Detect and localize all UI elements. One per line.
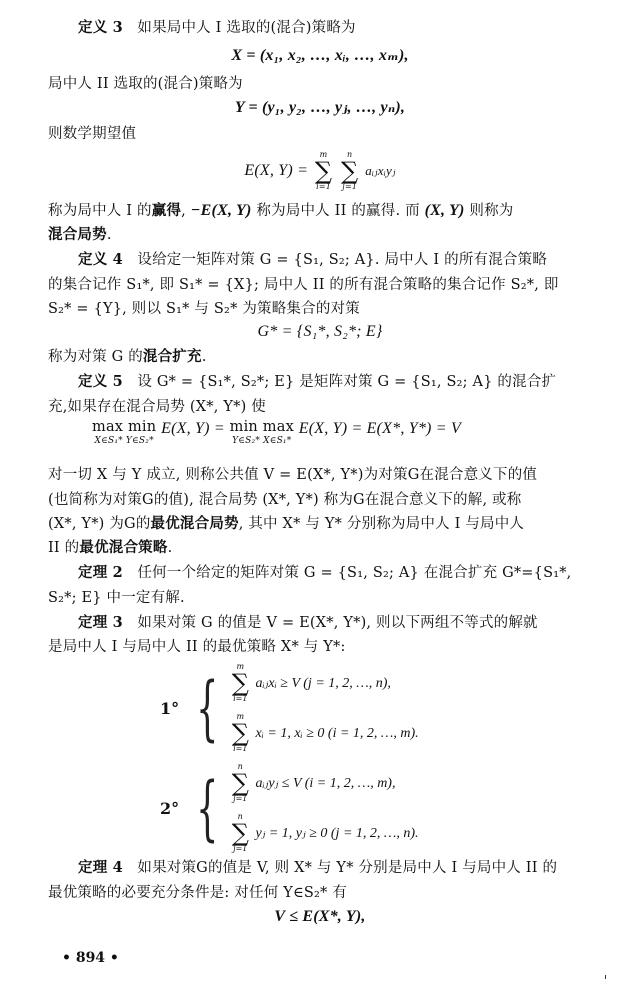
equation-g-star: G* = {S₁*, S₂*; E} — [0, 322, 640, 342]
definition-5-line: 定义 5 设 G* = {S₁*, S₂*; E} 是矩阵对策 G = {S₁,… — [78, 372, 556, 392]
system-row: m ∑ i=1 aᵢⱼxᵢ ≥ V (j = 1, 2, …, n), — [230, 662, 419, 704]
text: , — [181, 203, 191, 219]
text: II 的 — [48, 540, 79, 556]
operator-subscript: X∈S₁* Y∈S₂* — [92, 434, 156, 448]
summation-j: n ∑ j=1 — [341, 150, 358, 192]
system-row: n ∑ j=1 yⱼ = 1, yⱼ ≥ 0 (j = 1, 2, …, n). — [230, 812, 419, 854]
sum-lower-limit: i=1 — [232, 744, 249, 754]
text: . — [107, 227, 112, 243]
formula-lhs: E(X, Y) = — [244, 162, 308, 179]
sigma-icon: ∑ — [232, 722, 249, 744]
summation: n ∑ j=1 — [232, 812, 249, 854]
book-page: 定义 3 如果局中人 I 选取的(混合)策略为 X = (x₁, x₂, …, … — [0, 0, 640, 988]
text: 则称为 — [465, 203, 514, 219]
theorem-3-line: 定理 3 如果对策 G 的值是 V = E(X*, Y*), 则以下两组不等式的… — [78, 613, 538, 633]
formula-term: aᵢⱼxᵢyⱼ — [365, 163, 395, 178]
paragraph-text: 的集合记作 S₁*, 即 S₁* = {X}; 局中人 II 的所有混合策略的集… — [48, 277, 559, 293]
sum-lower-limit: j=1 — [341, 182, 358, 192]
definition-label: 定义 3 — [78, 19, 123, 36]
paragraph-line: 局中人 II 选取的(混合)策略为 — [48, 74, 243, 94]
text: (X*, Y*) 为G的 — [48, 516, 151, 532]
text: . — [168, 540, 173, 556]
summation-i: m ∑ i=1 — [315, 150, 332, 192]
definition-label: 定义 5 — [78, 373, 123, 390]
paragraph-text: (也简称为对策G的值), 混合局势 (X*, Y*) 称为G在混合意义下的解, … — [48, 492, 521, 508]
operator-text: max min — [92, 419, 156, 435]
paragraph-line: 的集合记作 S₁*, 即 S₁* = {X}; 局中人 II 的所有混合策略的集… — [48, 275, 559, 295]
paragraph-text: 最优策略的必要充分条件是: 对任何 Y∈S₂* 有 — [48, 885, 347, 901]
inequality-system-1: 1° { m ∑ i=1 aᵢⱼxᵢ ≥ V (j = 1, 2, …, n),… — [160, 662, 419, 754]
definition-4-line: 定义 4 设给定一矩阵对策 G = {S₁, S₂; A}. 局中人 I 的所有… — [78, 250, 547, 270]
sigma-icon: ∑ — [341, 160, 358, 182]
formula: −E(X, Y) — [191, 202, 252, 219]
term-bold: 赢得 — [152, 202, 181, 219]
theorem-label: 定理 3 — [78, 614, 123, 631]
sigma-icon: ∑ — [232, 822, 249, 844]
paragraph-line: 充,如果存在混合局势 (X*, Y*) 使 — [48, 397, 266, 417]
paragraph-line: II 的最优混合策略. — [48, 538, 172, 558]
paragraph-text: 设给定一矩阵对策 G = {S₁, S₂; A}. 局中人 I 的所有混合策略 — [137, 252, 547, 268]
paragraph-line: 称为局中人 I 的赢得, −E(X, Y) 称为局中人 II 的赢得. 而 (X… — [48, 201, 514, 221]
summation: m ∑ i=1 — [232, 712, 249, 754]
paragraph-line: 对一切 X 与 Y 成立, 则称公共值 V = E(X*, Y*)为对策G在混合… — [48, 465, 537, 485]
text: 称为局中人 II 的赢得. 而 — [252, 203, 425, 219]
term-bold: 最优混合策略 — [79, 539, 167, 556]
definition-label: 定义 4 — [78, 251, 123, 268]
summation: n ∑ j=1 — [232, 762, 249, 804]
term-bold: 混合局势 — [48, 226, 107, 243]
equation-expectation: E(X, Y) = m ∑ i=1 n ∑ j=1 aᵢⱼxᵢyⱼ — [0, 150, 640, 192]
paragraph-text: 任何一个给定的矩阵对策 G = {S₁, S₂; A} 在混合扩充 G*={S₁… — [137, 565, 571, 581]
formula: aᵢⱼyⱼ ≤ V (i = 1, 2, …, m), — [255, 776, 395, 791]
paragraph-line: 混合局势. — [48, 225, 112, 245]
sum-lower-limit: j=1 — [232, 794, 249, 804]
system-label: 2° — [160, 799, 179, 818]
paragraph-line: S₂*; E} 中一定有解. — [48, 588, 185, 608]
formula: E(X, Y) = — [161, 420, 225, 437]
summation: m ∑ i=1 — [232, 662, 249, 704]
sigma-icon: ∑ — [315, 160, 332, 182]
paragraph-text: 如果对策G的值是 V, 则 X* 与 Y* 分别是局中人 I 与局中人 II 的 — [137, 860, 557, 876]
paragraph-text: 如果局中人 I 选取的(混合)策略为 — [137, 20, 355, 36]
equation-minmax: max min X∈S₁* Y∈S₂* E(X, Y) = min max Y∈… — [92, 420, 461, 448]
paragraph-text: 是局中人 I 与局中人 II 的最优策略 X* 与 Y*: — [48, 639, 346, 655]
sum-lower-limit: i=1 — [232, 694, 249, 704]
theorem-2-line: 定理 2 任何一个给定的矩阵对策 G = {S₁, S₂; A} 在混合扩充 G… — [78, 563, 572, 583]
left-brace-icon: { — [196, 673, 218, 743]
text: 称为对策 G 的 — [48, 349, 143, 365]
inequality-system-2: 2° { n ∑ j=1 aᵢⱼyⱼ ≤ V (i = 1, 2, …, m),… — [160, 762, 419, 854]
operator-text: min max — [230, 419, 294, 435]
paragraph-text: 设 G* = {S₁*, S₂*; E} 是矩阵对策 G = {S₁, S₂; … — [137, 374, 556, 390]
formula: (X, Y) — [425, 202, 465, 219]
min-max-operator: min max Y∈S₂* X∈S₁* — [230, 420, 294, 448]
system-label: 1° — [160, 699, 179, 718]
term-bold: 混合扩充 — [143, 348, 202, 365]
sigma-icon: ∑ — [232, 672, 249, 694]
sum-lower-limit: j=1 — [232, 844, 249, 854]
paragraph-text: S₂* = {Y}, 则以 S₁* 与 S₂* 为策略集合的对策 — [48, 301, 360, 317]
formula: V ≤ E(X*, Y), — [274, 908, 365, 925]
text: 称为局中人 I 的 — [48, 203, 152, 219]
paragraph-text: 则数学期望值 — [48, 126, 136, 142]
paragraph-line: 则数学期望值 — [48, 124, 136, 144]
system-row: m ∑ i=1 xᵢ = 1, xᵢ ≥ 0 (i = 1, 2, …, m). — [230, 712, 419, 754]
paragraph-text: 局中人 II 选取的(混合)策略为 — [48, 76, 243, 92]
formula: G* = {S₁*, S₂*; E} — [258, 323, 383, 340]
equation-y: Y = (y₁, y₂, …, yⱼ, …, yₙ), — [0, 98, 640, 118]
text: , 其中 X* 与 Y* 分别称为局中人 I 与局中人 — [239, 516, 524, 532]
definition-3-line: 定义 3 如果局中人 I 选取的(混合)策略为 — [78, 18, 356, 38]
formula: xᵢ = 1, xᵢ ≥ 0 (i = 1, 2, …, m). — [255, 726, 418, 741]
paragraph-text: 充,如果存在混合局势 (X*, Y*) 使 — [48, 399, 266, 415]
sum-lower-limit: i=1 — [315, 182, 332, 192]
theorem-label: 定理 4 — [78, 859, 123, 876]
paragraph-line: (X*, Y*) 为G的最优混合局势, 其中 X* 与 Y* 分别称为局中人 I… — [48, 514, 524, 534]
equation-x: X = (x₁, x₂, …, xᵢ, …, xₘ), — [0, 46, 640, 66]
sigma-icon: ∑ — [232, 772, 249, 794]
paragraph-line: 是局中人 I 与局中人 II 的最优策略 X* 与 Y*: — [48, 637, 346, 657]
operator-subscript: Y∈S₂* X∈S₁* — [230, 434, 294, 448]
equation-final: V ≤ E(X*, Y), — [0, 907, 640, 927]
page-number: • 894 • — [62, 950, 119, 966]
formula: yⱼ = 1, yⱼ ≥ 0 (j = 1, 2, …, n). — [255, 826, 418, 841]
paragraph-text: 如果对策 G 的值是 V = E(X*, Y*), 则以下两组不等式的解就 — [137, 615, 537, 631]
paragraph-text: S₂*; E} 中一定有解. — [48, 590, 185, 606]
theorem-label: 定理 2 — [78, 564, 123, 581]
formula: aᵢⱼxᵢ ≥ V (j = 1, 2, …, n), — [255, 676, 390, 691]
theorem-4-line: 定理 4 如果对策G的值是 V, 则 X* 与 Y* 分别是局中人 I 与局中人… — [78, 858, 557, 878]
max-min-operator: max min X∈S₁* Y∈S₂* — [92, 420, 156, 448]
paragraph-line: 称为对策 G 的混合扩充. — [48, 347, 207, 367]
paragraph-line: (也简称为对策G的值), 混合局势 (X*, Y*) 称为G在混合意义下的解, … — [48, 490, 521, 510]
formula: Y = (y₁, y₂, …, yⱼ, …, yₙ), — [235, 99, 405, 116]
paragraph-line: S₂* = {Y}, 则以 S₁* 与 S₂* 为策略集合的对策 — [48, 299, 360, 319]
text: . — [202, 349, 207, 365]
term-bold: 最优混合局势 — [151, 515, 239, 532]
left-brace-icon: { — [196, 773, 218, 843]
system-row: n ∑ j=1 aᵢⱼyⱼ ≤ V (i = 1, 2, …, m), — [230, 762, 419, 804]
formula: E(X, Y) = E(X*, Y*) = V — [299, 420, 461, 437]
scan-artifact — [605, 975, 606, 979]
formula: X = (x₁, x₂, …, xᵢ, …, xₘ), — [231, 47, 408, 64]
paragraph-text: 对一切 X 与 Y 成立, 则称公共值 V = E(X*, Y*)为对策G在混合… — [48, 467, 537, 483]
paragraph-line: 最优策略的必要充分条件是: 对任何 Y∈S₂* 有 — [48, 883, 347, 903]
